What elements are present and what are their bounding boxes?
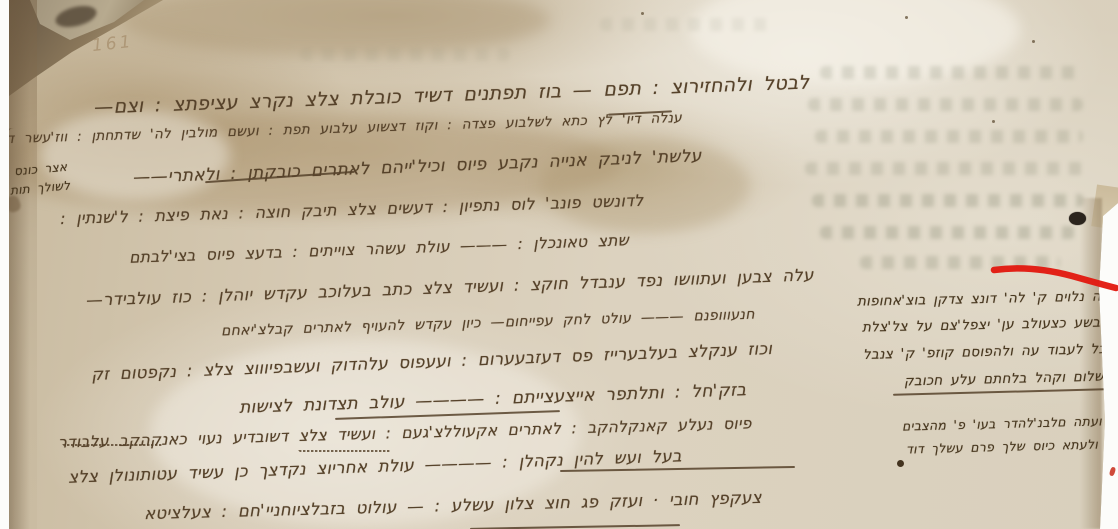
ink-speck xyxy=(641,12,644,15)
red-line-annotation xyxy=(988,258,1118,296)
ink-rule-stroke xyxy=(470,524,680,529)
margin-note-lower-line-2: ולעתא כיוס שלך פרם עשלך דוד xyxy=(906,436,1099,456)
red-edge-mark xyxy=(1109,466,1117,476)
manuscript-scan: 161 לבטל ולהחזירוצ : תפם — בוז תפתנים דש… xyxy=(0,0,1118,529)
body-text-line-7: חנעווופנם ——— עולט לחק עפייחום— כיון עקד… xyxy=(221,307,755,340)
page-gutter-edge xyxy=(9,0,37,529)
margin-note-upper-line-3: כל לעבוד עה ולהפוסם קוזפ' ק' צנבל xyxy=(863,341,1106,363)
ink-speck xyxy=(1032,40,1035,43)
ink-bleed-through xyxy=(820,226,1075,239)
ink-bleed-through xyxy=(300,48,510,61)
page-right-edge xyxy=(1080,198,1102,529)
body-text-line-6: עלה צבען ועתוושו נפד ענבדל חוקצ : ועשיד … xyxy=(86,265,814,309)
margin-note-underline xyxy=(893,388,1106,396)
body-text-line-5: שתצ טאונכלן : ——— עולת עשהר צוייתים : בד… xyxy=(129,231,629,266)
margin-note-upper-line-4: שלום וקהל בלחתם עלע חכובק xyxy=(904,369,1104,390)
ink-dotted-underline xyxy=(62,444,162,446)
body-text-line-1: לבטל ולהחזירוצ : תפם — בוז תפתנים דשיד כ… xyxy=(94,72,810,119)
ink-speck xyxy=(992,120,995,123)
ink-bleed-through xyxy=(808,98,1083,111)
ink-speck xyxy=(905,16,908,19)
ink-dotted-underline xyxy=(298,450,390,452)
ink-bleed-through xyxy=(805,162,1085,175)
ink-bleed-through xyxy=(812,194,1084,207)
ink-bleed-through xyxy=(600,18,770,31)
parchment-page: 161 לבטל ולהחזירוצ : תפם — בוז תפתנים דש… xyxy=(0,0,1118,529)
margin-note-lower-line-1: ועתה םלבנ'להדר בעו' פ' מהצבים xyxy=(902,413,1102,433)
ink-bleed-through xyxy=(815,130,1083,143)
paper-stain xyxy=(120,0,550,55)
margin-note-upper-line-2: דבשע כצעולב ען' יצפל'צם על צל'צלת xyxy=(862,314,1108,335)
ink-dot-small xyxy=(897,460,904,467)
ink-bleed-through xyxy=(820,66,1080,79)
ink-dot-mark xyxy=(1069,212,1086,225)
page-number: 161 xyxy=(91,32,134,56)
